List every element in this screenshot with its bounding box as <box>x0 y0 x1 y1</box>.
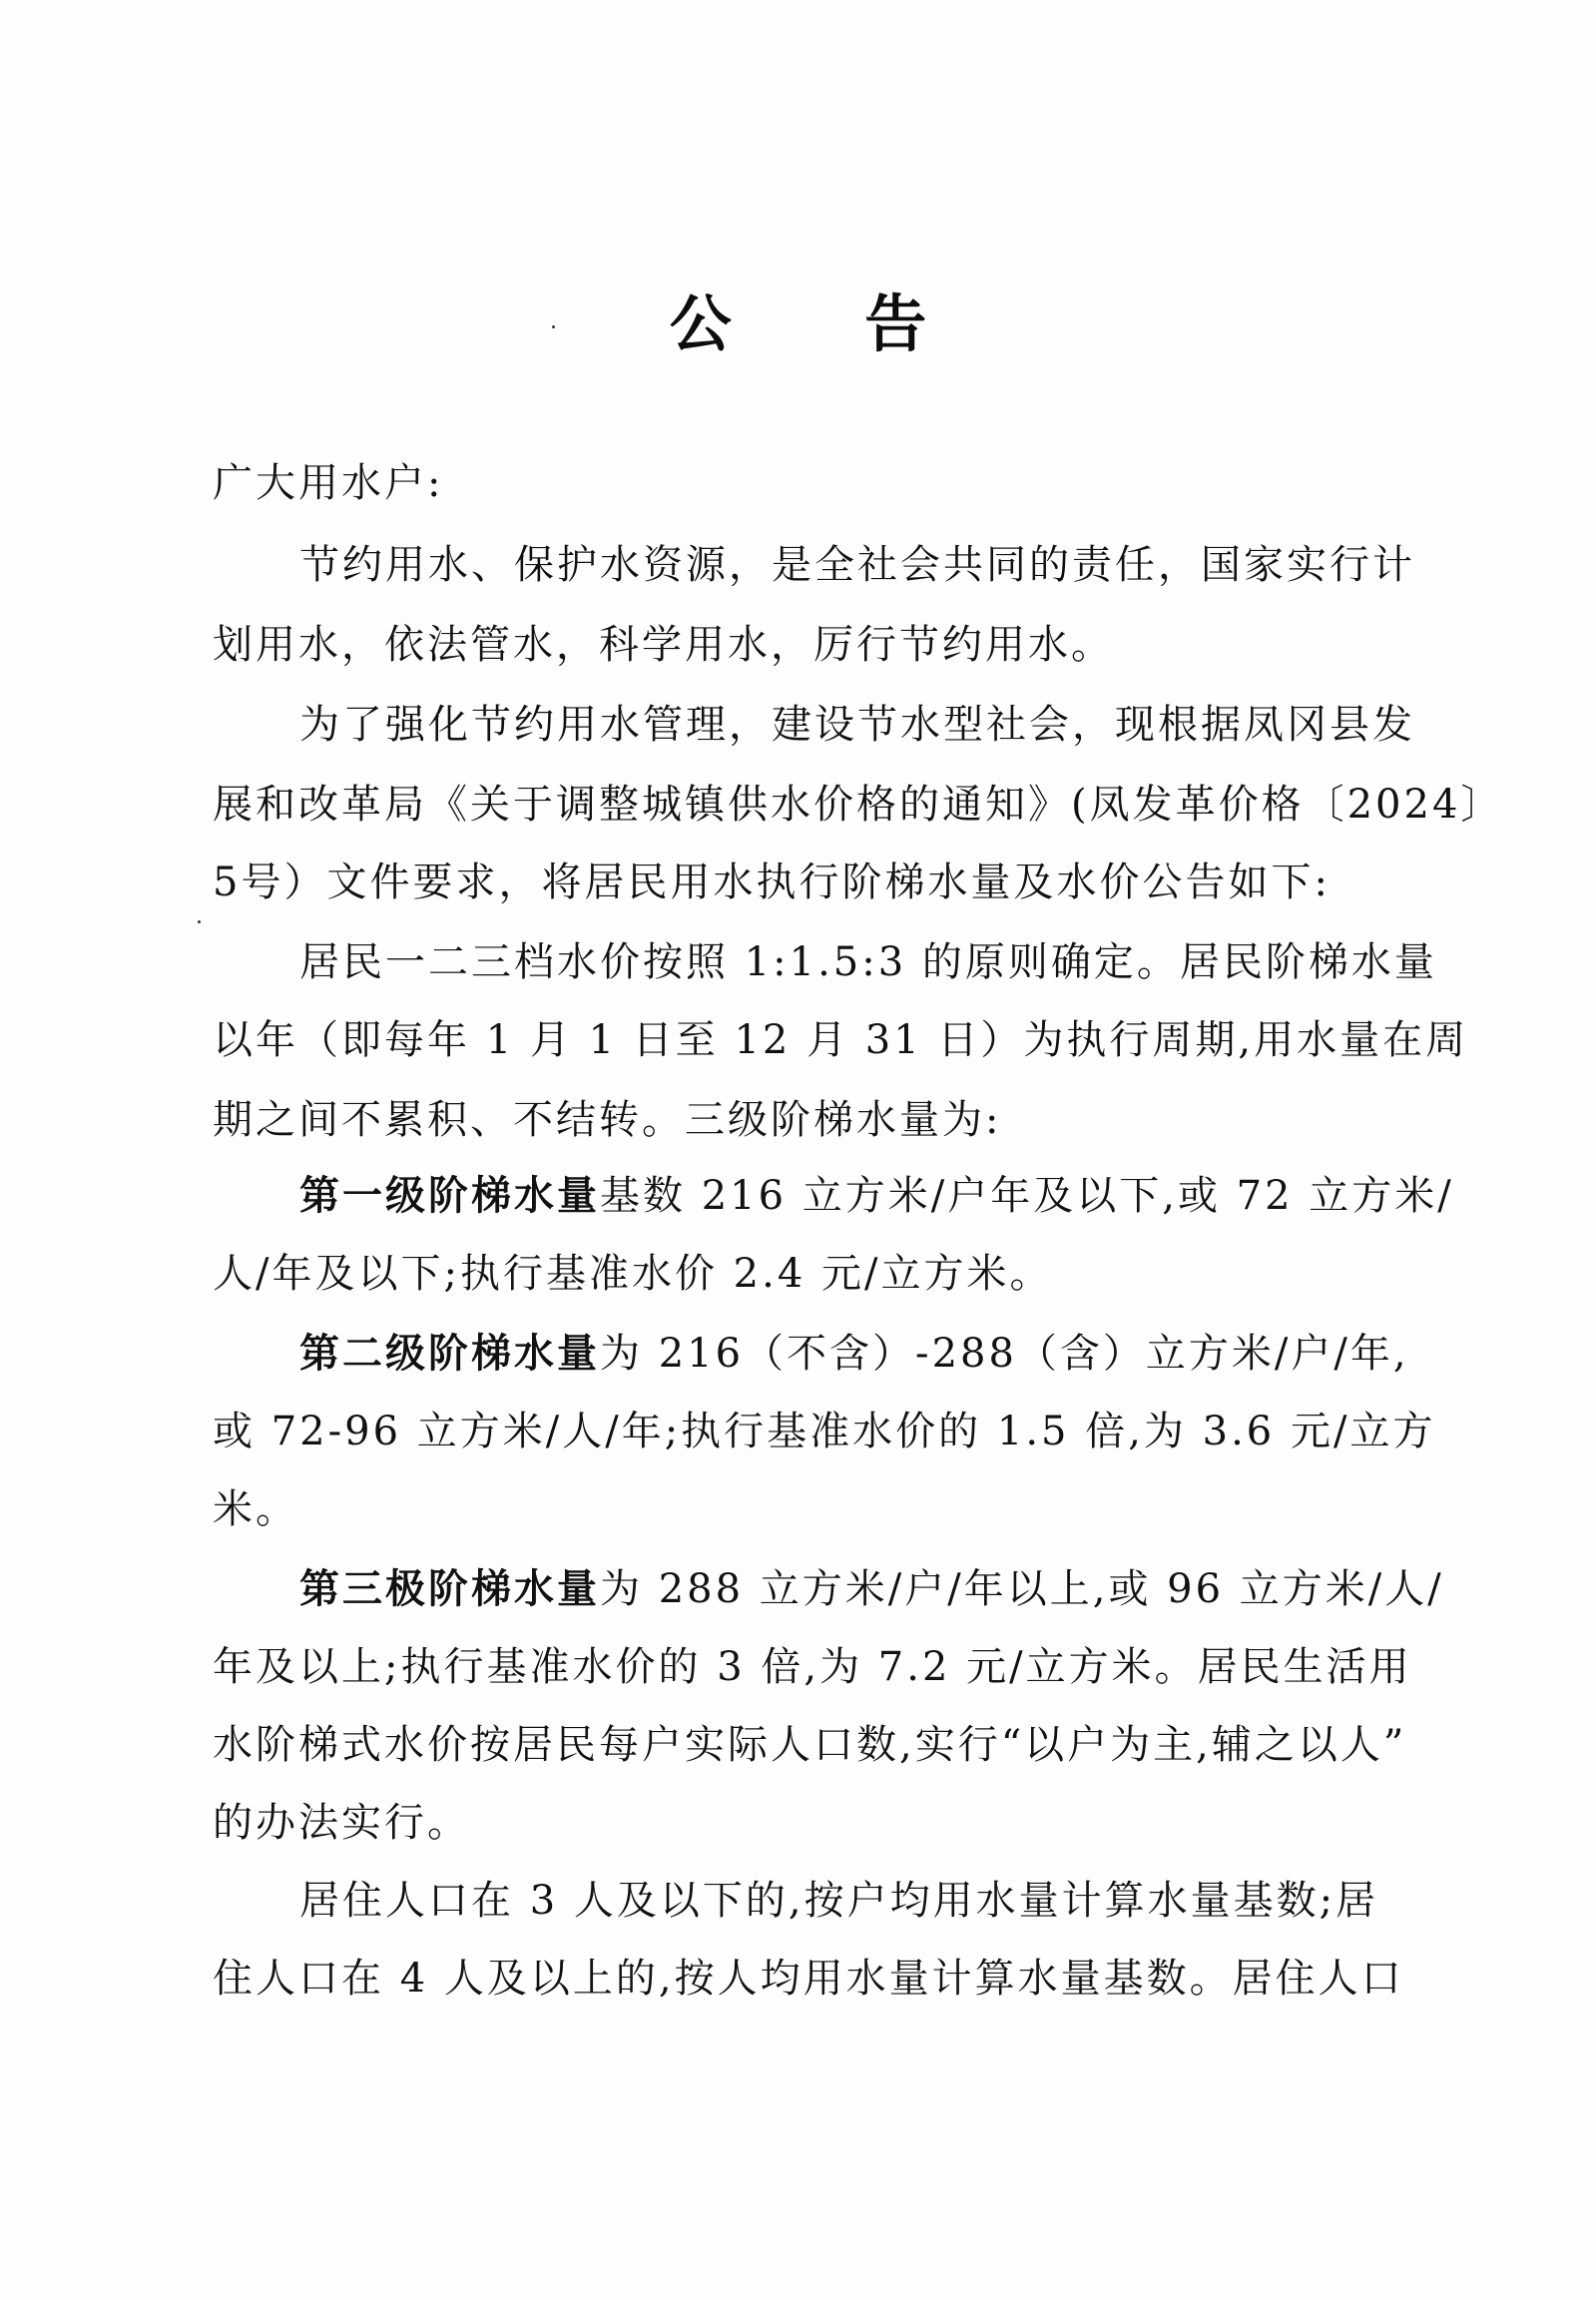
tier3-heading: 第三极阶梯水量 <box>299 1565 600 1612</box>
paragraph-line: 以年（即每年 1 月 1 日至 12 月 31 日）为执行周期,用水量在周 <box>213 1012 1410 1068</box>
tier1-text: 基数 216 立方米/户年及以下,或 72 立方米/ <box>600 1173 1454 1219</box>
paragraph-line: 期之间不累积、不结转。三级阶梯水量为: <box>213 1092 1410 1148</box>
tier3-text: 为 288 立方米/户/年以上,或 96 立方米/人/ <box>600 1566 1444 1612</box>
paragraph-line: 住人口在 4 人及以上的,按人均用水量计算水量基数。居住人口 <box>213 1951 1410 2007</box>
tier1-heading: 第一级阶梯水量 <box>299 1172 600 1219</box>
tier2-heading: 第二级阶梯水量 <box>299 1330 600 1377</box>
tier2-line: 第二级阶梯水量为 216（不含）-288（含）立方米/户/年, <box>299 1326 1497 1382</box>
tier2-text: 为 216（不含）-288（含）立方米/户/年, <box>600 1331 1409 1377</box>
paragraph-line: 水阶梯式水价按居民每户实际人口数,实行“以户为主,辅之以人” <box>213 1717 1410 1773</box>
paragraph-line: 5号）文件要求，将居民用水执行阶梯水量及水价公告如下: <box>213 855 1410 910</box>
tier3-line: 第三极阶梯水量为 288 立方米/户/年以上,或 96 立方米/人/ <box>299 1561 1497 1617</box>
paragraph-line: 的办法实行。 <box>213 1795 1410 1851</box>
paragraph-line: 居住人口在 3 人及以下的,按户均用水量计算水量基数;居 <box>299 1873 1497 1929</box>
paragraph-line: 居民一二三档水价按照 1:1.5:3 的原则确定。居民阶梯水量 <box>299 934 1497 990</box>
paragraph-line: 或 72-96 立方米/人/年;执行基准水价的 1.5 倍,为 3.6 元/立方 <box>213 1404 1410 1459</box>
paragraph-line: 米。 <box>213 1481 1410 1537</box>
paragraph-line: 划用水，依法管水，科学用水，厉行节约用水。 <box>213 617 1410 673</box>
tier1-line: 第一级阶梯水量基数 216 立方米/户年及以下,或 72 立方米/ <box>299 1168 1497 1224</box>
page-title: 公 告 <box>0 285 1596 364</box>
paragraph-line: 展和改革局《关于调整城镇供水价格的通知》(凤发革价格〔2024〕 <box>213 777 1410 833</box>
scan-speck <box>198 920 201 923</box>
paragraph-line: 人/年及以下;执行基准水价 2.4 元/立方米。 <box>213 1246 1410 1302</box>
paragraph-line: 为了强化节约用水管理，建设节水型社会，现根据凤冈县发 <box>299 697 1497 753</box>
salutation: 广大用水户: <box>213 455 1410 511</box>
document-page: 公 告 广大用水户: 节约用水、保护水资源，是全社会共同的责任，国家实行计 划用… <box>0 0 1596 2300</box>
paragraph-line: 年及以上;执行基准水价的 3 倍,为 7.2 元/立方米。居民生活用 <box>213 1639 1410 1695</box>
paragraph-line: 节约用水、保护水资源，是全社会共同的责任，国家实行计 <box>299 537 1497 593</box>
